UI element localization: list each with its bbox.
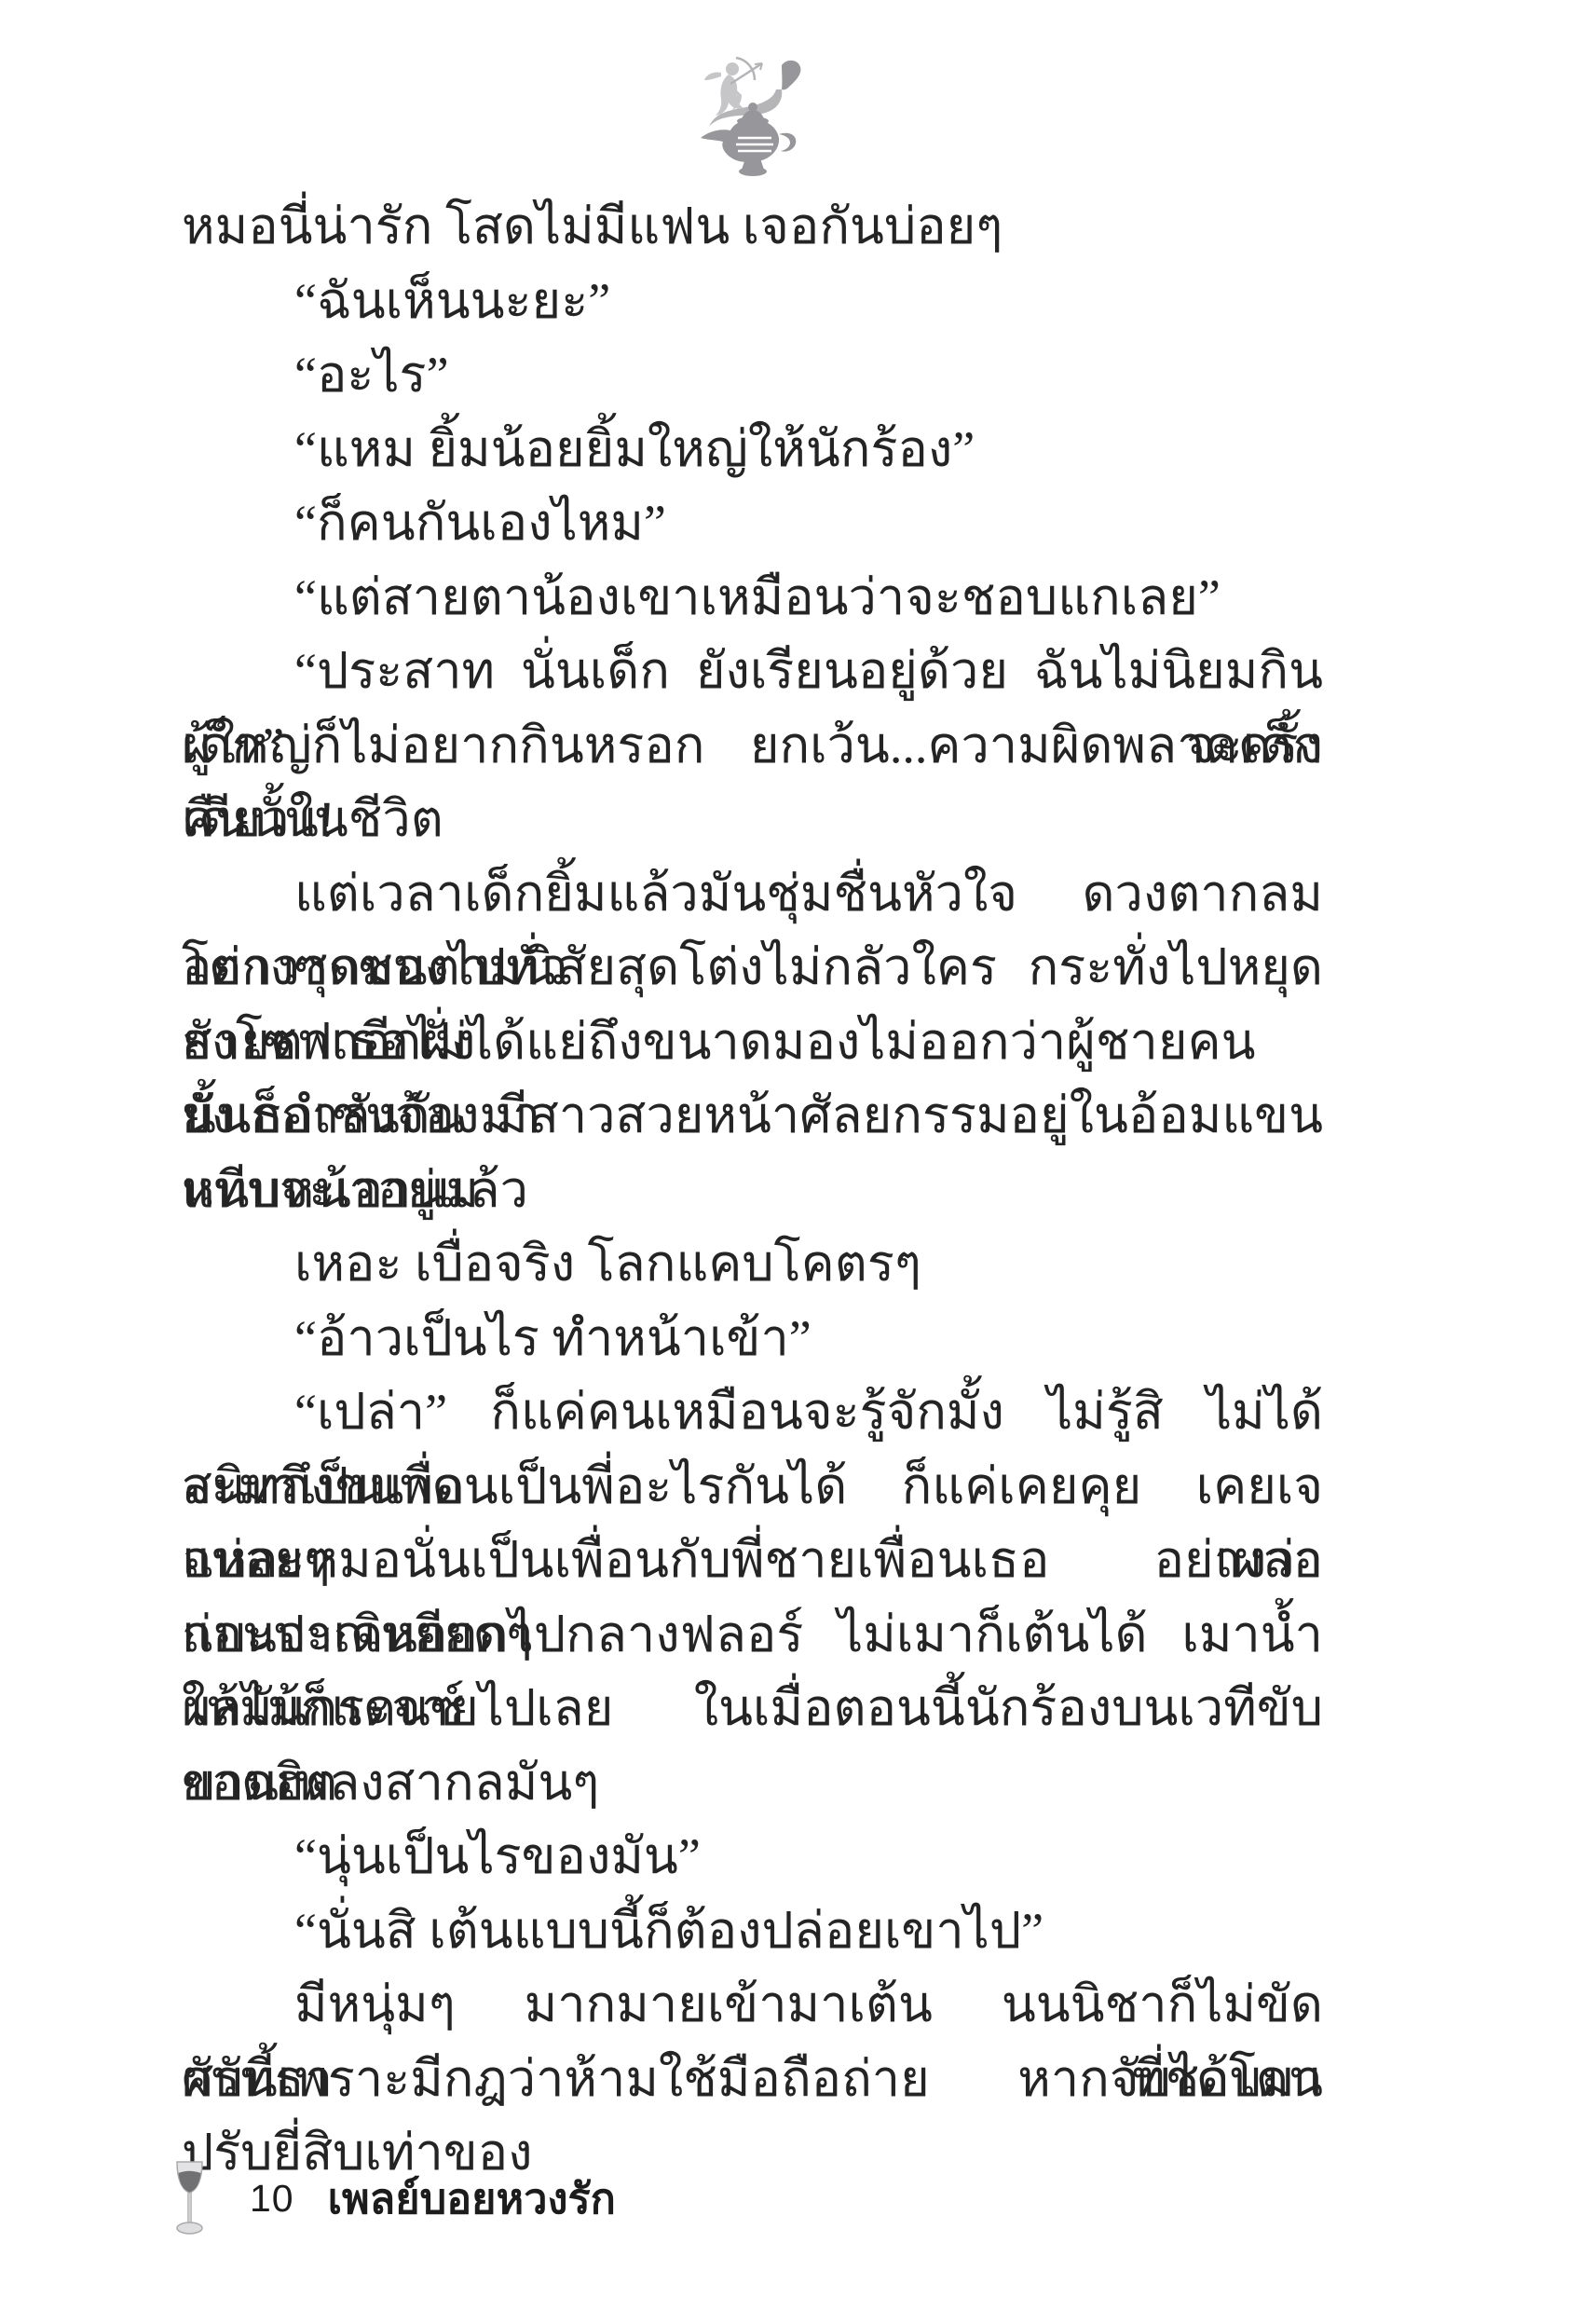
cupid-silhouette <box>704 62 743 116</box>
text-line: เหอะ เบื่อจริง โลกแคบโคตรๆ <box>182 1227 1323 1302</box>
text-line: ยังเธอเช่นกัน มีสาวสวยหน้าศัลยกรรมอยู่ใน… <box>182 1079 1323 1154</box>
text-line: “ฉันเห็นนะยะ” <box>182 265 1323 339</box>
page-number: 10 <box>250 2177 294 2221</box>
text-line: “อะไร” <box>182 338 1323 413</box>
text-line: “แต่สายตาน้องเขาเหมือนว่าจะชอบแกเลย” <box>182 561 1323 636</box>
book-title: เพลย์บอยหวงรัก <box>328 2165 616 2232</box>
heart-icon <box>782 61 800 89</box>
text-line: จะมาเป็นเพื่อนเป็นพี่อะไรกันได้ ก็แค่เคย… <box>182 1450 1323 1525</box>
genie-lamp <box>701 103 796 176</box>
text-line: ผับนี้เพราะมีกฎว่าห้ามใช้มือถือถ่าย หากจ… <box>182 2043 1323 2117</box>
glass-base <box>177 2222 202 2234</box>
book-page: หมอนี่น่ารัก โสดไม่มีแฟน เจอกันบ่อยๆ“ฉัน… <box>0 0 1596 2311</box>
text-line: หนีบหน้าอยู่แล้ว <box>182 1154 1323 1228</box>
text-line: “ก็คนกันเองไหม” <box>182 486 1323 561</box>
text-line: ก่อนจะเดินออกไปกลางฟลอร์ ไม่เมาก็เต้นได้… <box>182 1598 1323 1673</box>
body-text: หมอนี่น่ารัก โสดไม่มีแฟน เจอกันบ่อยๆ“ฉัน… <box>182 190 1323 2116</box>
glass-stem <box>188 2193 191 2222</box>
text-line: หมอนี่น่ารัก โสดไม่มีแฟน เจอกันบ่อยๆ <box>182 190 1323 265</box>
text-line: “แหม ยิ้มน้อยยิ้มใหญ่ให้นักร้อง” <box>182 413 1323 487</box>
cupid-genie-lamp-logo <box>693 52 811 179</box>
text-line: “เปล่า” ก็แค่คนเหมือนจะรู้จักมั้ง ไม่รู้… <box>182 1375 1323 1450</box>
text-line: มีหนุ่มๆ มากมายเข้ามาเต้น นนนิชาก็ไม่ขัด… <box>182 1968 1323 2043</box>
text-line: “อ้าวเป็นไร ทำหน้าเข้า” <box>182 1302 1323 1376</box>
text-line: “ประสาท นั่นเด็ก ยังเรียนอยู่ด้วย ฉันไม่… <box>182 635 1323 709</box>
text-line: แต่เวลาเด็กยิ้มแล้วมันชุ่มชื่นหัวใจ ดวงต… <box>182 857 1323 932</box>
cupid-genie-lamp-graphic <box>693 52 811 179</box>
wine-glass-icon <box>172 2160 207 2236</box>
text-line: สายตาเธอไม่ได้แย่ถึงขนาดมองไม่ออกว่าผู้ช… <box>182 1005 1323 1080</box>
text-line: อย่างซุกซนตามนิสัยสุดโต่งไม่กลัวใคร กระท… <box>182 931 1323 1005</box>
wine-fill <box>179 2171 201 2193</box>
text-line: “นุ่นเป็นไรของมัน” <box>182 1820 1323 1894</box>
text-line: แหละหมอนั่นเป็นเพื่อนกับพี่ชายเพื่อนเธอ … <box>182 1524 1323 1598</box>
text-line: ให้มันกระจายไปเลย ในเมื่อตอนนี้นักร้องบน… <box>182 1672 1323 1746</box>
page-footer: 10 เพลย์บอยหวงรัก <box>172 2158 616 2238</box>
text-line: ผู้ใหญ่ก็ไม่อยากกินหรอก ยกเว้น...ความผิด… <box>182 709 1323 784</box>
text-line: “นั่นสิ เต้นแบบนี้ก็ต้องปล่อยเขาไป” <box>182 1894 1323 1969</box>
